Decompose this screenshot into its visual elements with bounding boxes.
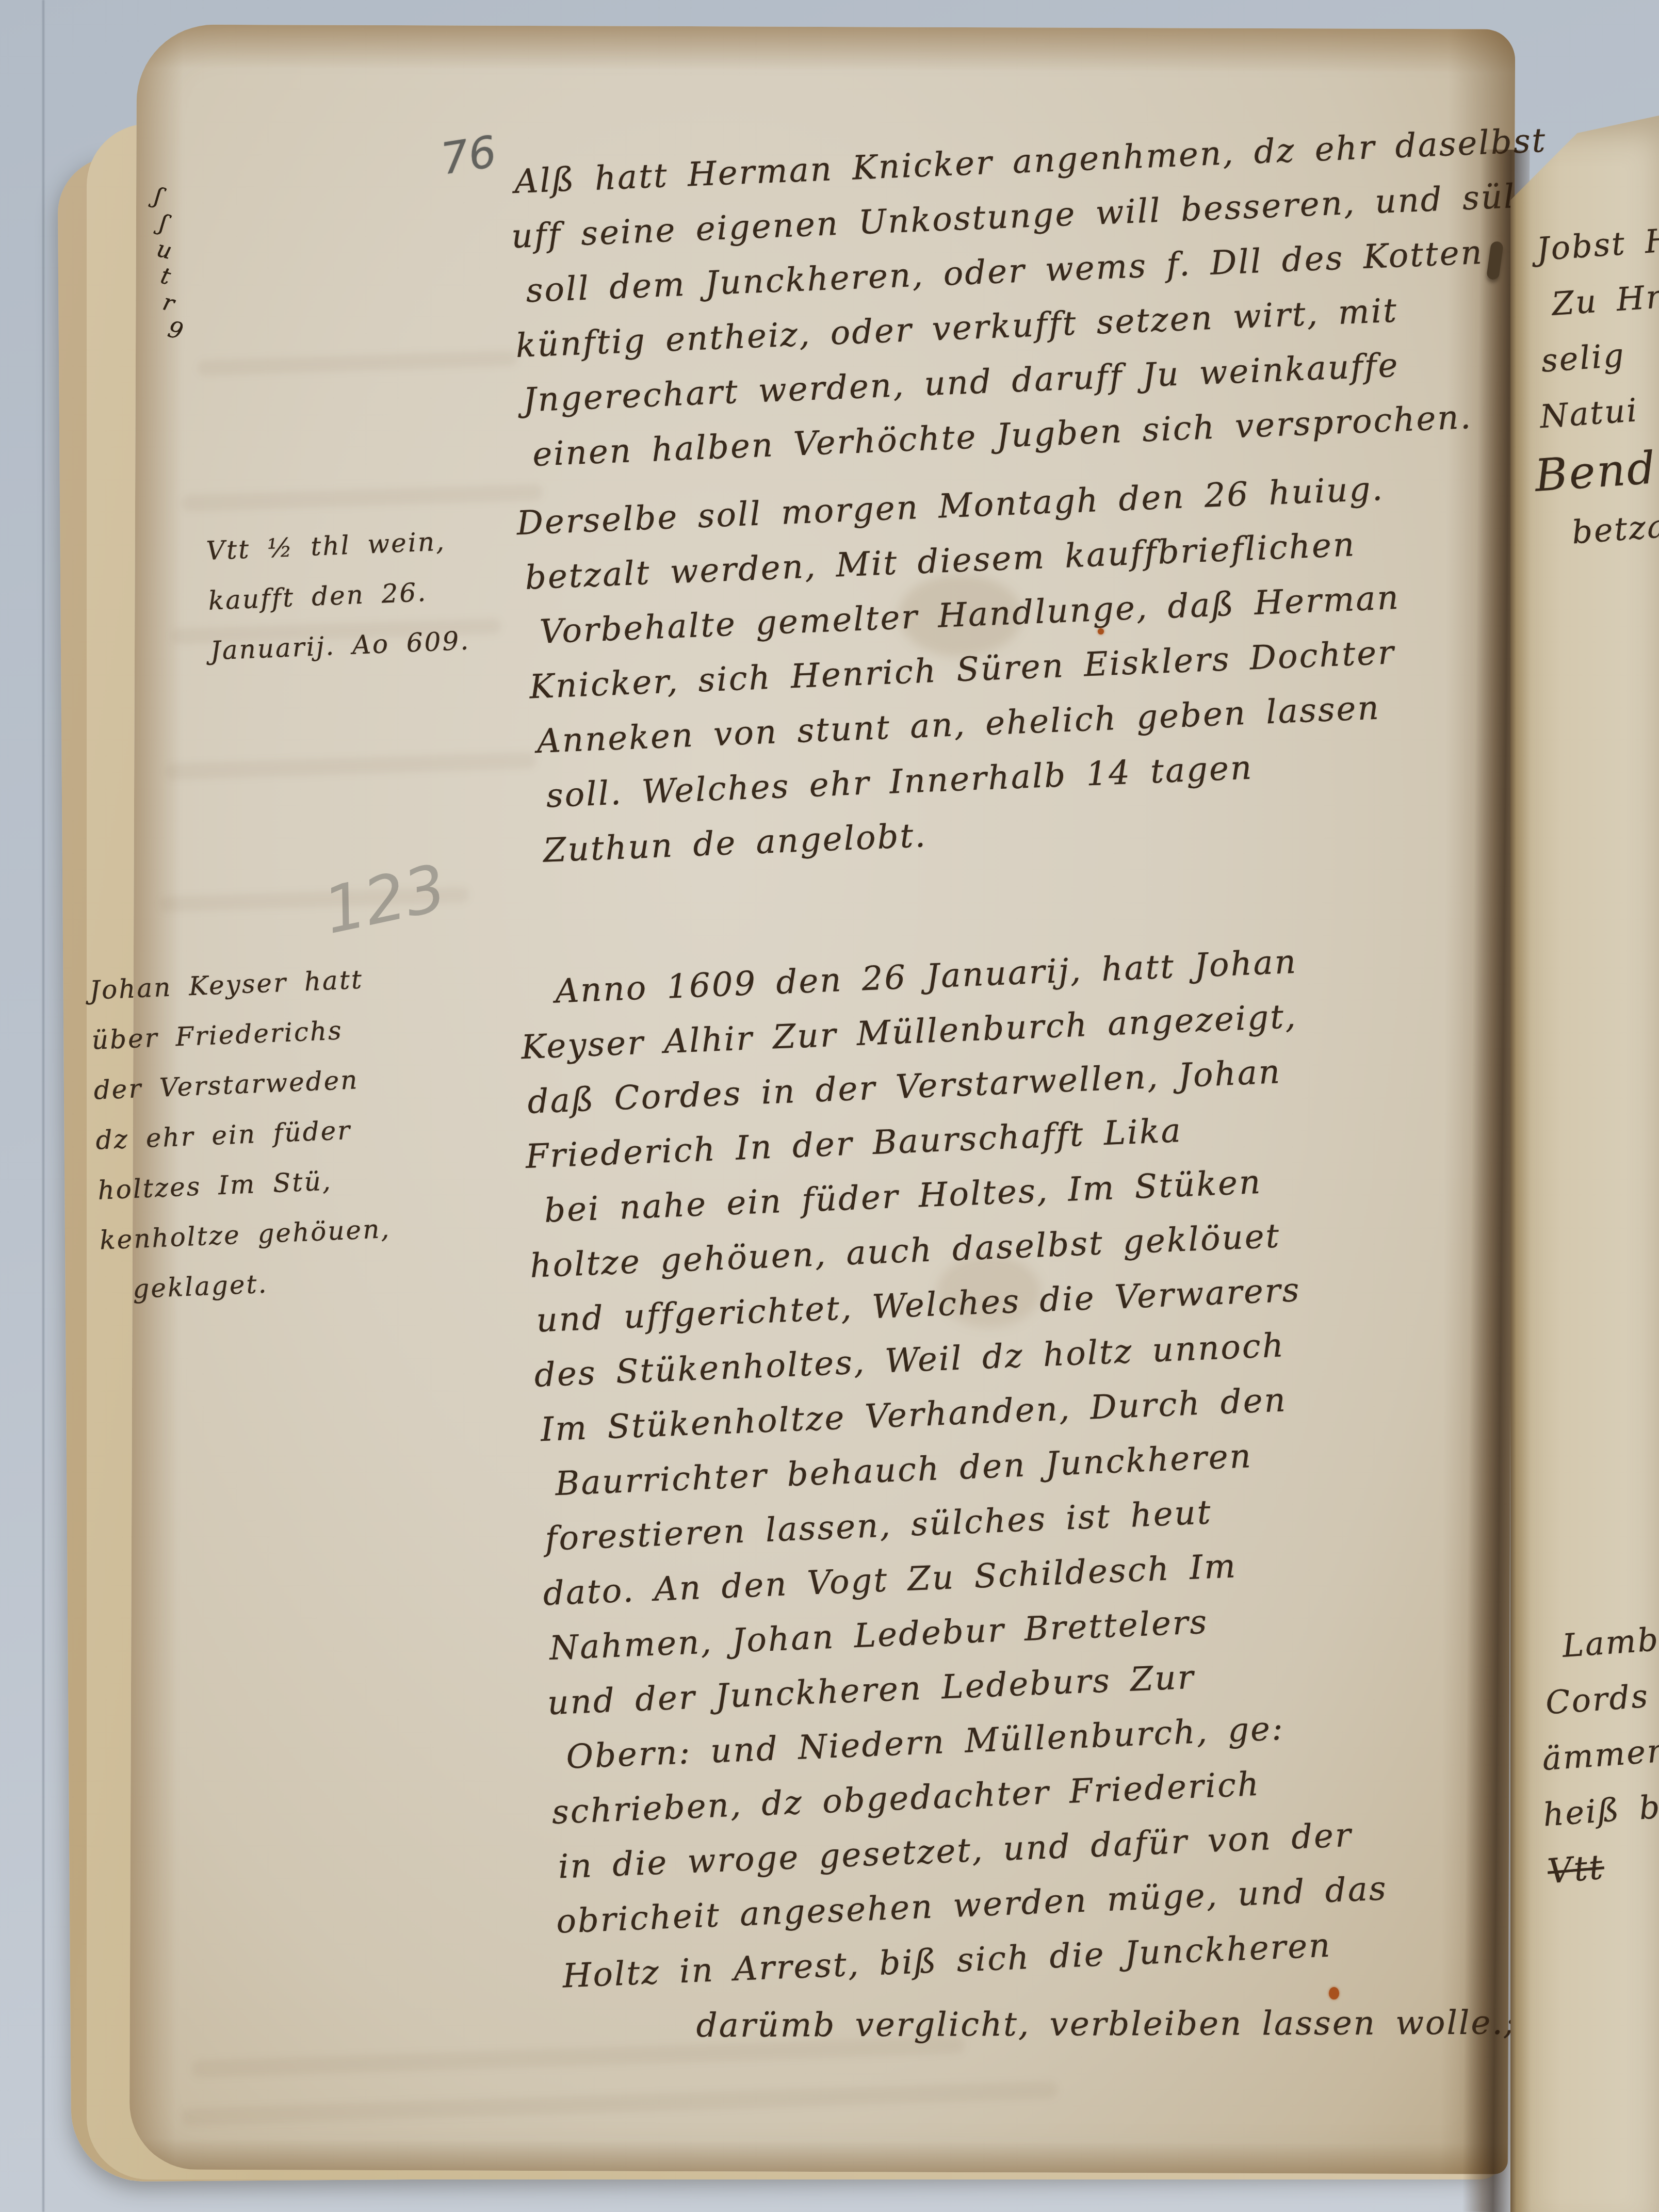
right-page-middle-text: Lamb Cords ämmerkes heiß br (1540, 1607, 1659, 1842)
fore-edge-marks: ʃ ʃ u t r 9 (155, 186, 183, 344)
manuscript-line-fragment: Zu Hn (1550, 266, 1659, 332)
fore-edge-mark: r (160, 289, 185, 319)
margin-note-line: Vtt ½ thl wein, (205, 516, 467, 576)
manuscript-line-fragment: Natui (1538, 378, 1659, 445)
manuscript-line-fragment: Cords (1544, 1663, 1659, 1731)
manuscript-line-fragment: betza (1570, 495, 1659, 560)
bleed-through-streak (198, 350, 518, 376)
crossed-out-word: Vtt (1546, 1847, 1606, 1891)
fore-edge-mark: u (154, 236, 186, 268)
manuscript-line-fragment: Lamb (1560, 1607, 1659, 1673)
manuscript-line-fragment: Jobst H (1535, 211, 1659, 278)
margin-note-2: Johan Keyser hatt über Friederichs der V… (89, 954, 394, 1315)
manuscript-photo: ʃ ʃ u t r 9 76 123 Alß hatt Herman Knick… (0, 0, 1659, 2212)
manuscript-line-fragment: Bendrü (1533, 433, 1659, 507)
margin-note-1: Vtt ½ thl wein, kaufft den 26. Januarij.… (205, 516, 471, 676)
entry-2-text: Anno 1609 den 26 Januarij, hatt Johan Ke… (522, 928, 1517, 2058)
manuscript-line-fragment: selig (1539, 322, 1659, 388)
rust-ink-spot (1098, 628, 1104, 635)
fore-edge-mark: ʃ (152, 183, 186, 215)
manuscript-line: darümb verglicht, verbleiben lassen woll… (696, 1996, 1517, 2054)
fore-edge-mark: t (158, 263, 185, 294)
fore-edge-mark: 9 (165, 316, 186, 345)
bleed-through-streak (165, 752, 537, 780)
page-edge-shading (137, 24, 1515, 73)
margin-note-line: Januarij. Ao 609. (209, 616, 471, 676)
background-seam-line (42, 0, 44, 2212)
pencil-folio-number: 76 (437, 126, 500, 185)
page-edge-shading (129, 2138, 1508, 2174)
rust-ink-spot (1329, 1987, 1339, 1999)
bleed-through-streak (181, 2081, 1058, 2126)
margin-note-line: geklaget. (132, 1254, 394, 1314)
entry-1-text: Alß hatt Herman Knicker angenhmen, dz eh… (513, 111, 1624, 879)
bleed-through-streak (182, 484, 543, 512)
